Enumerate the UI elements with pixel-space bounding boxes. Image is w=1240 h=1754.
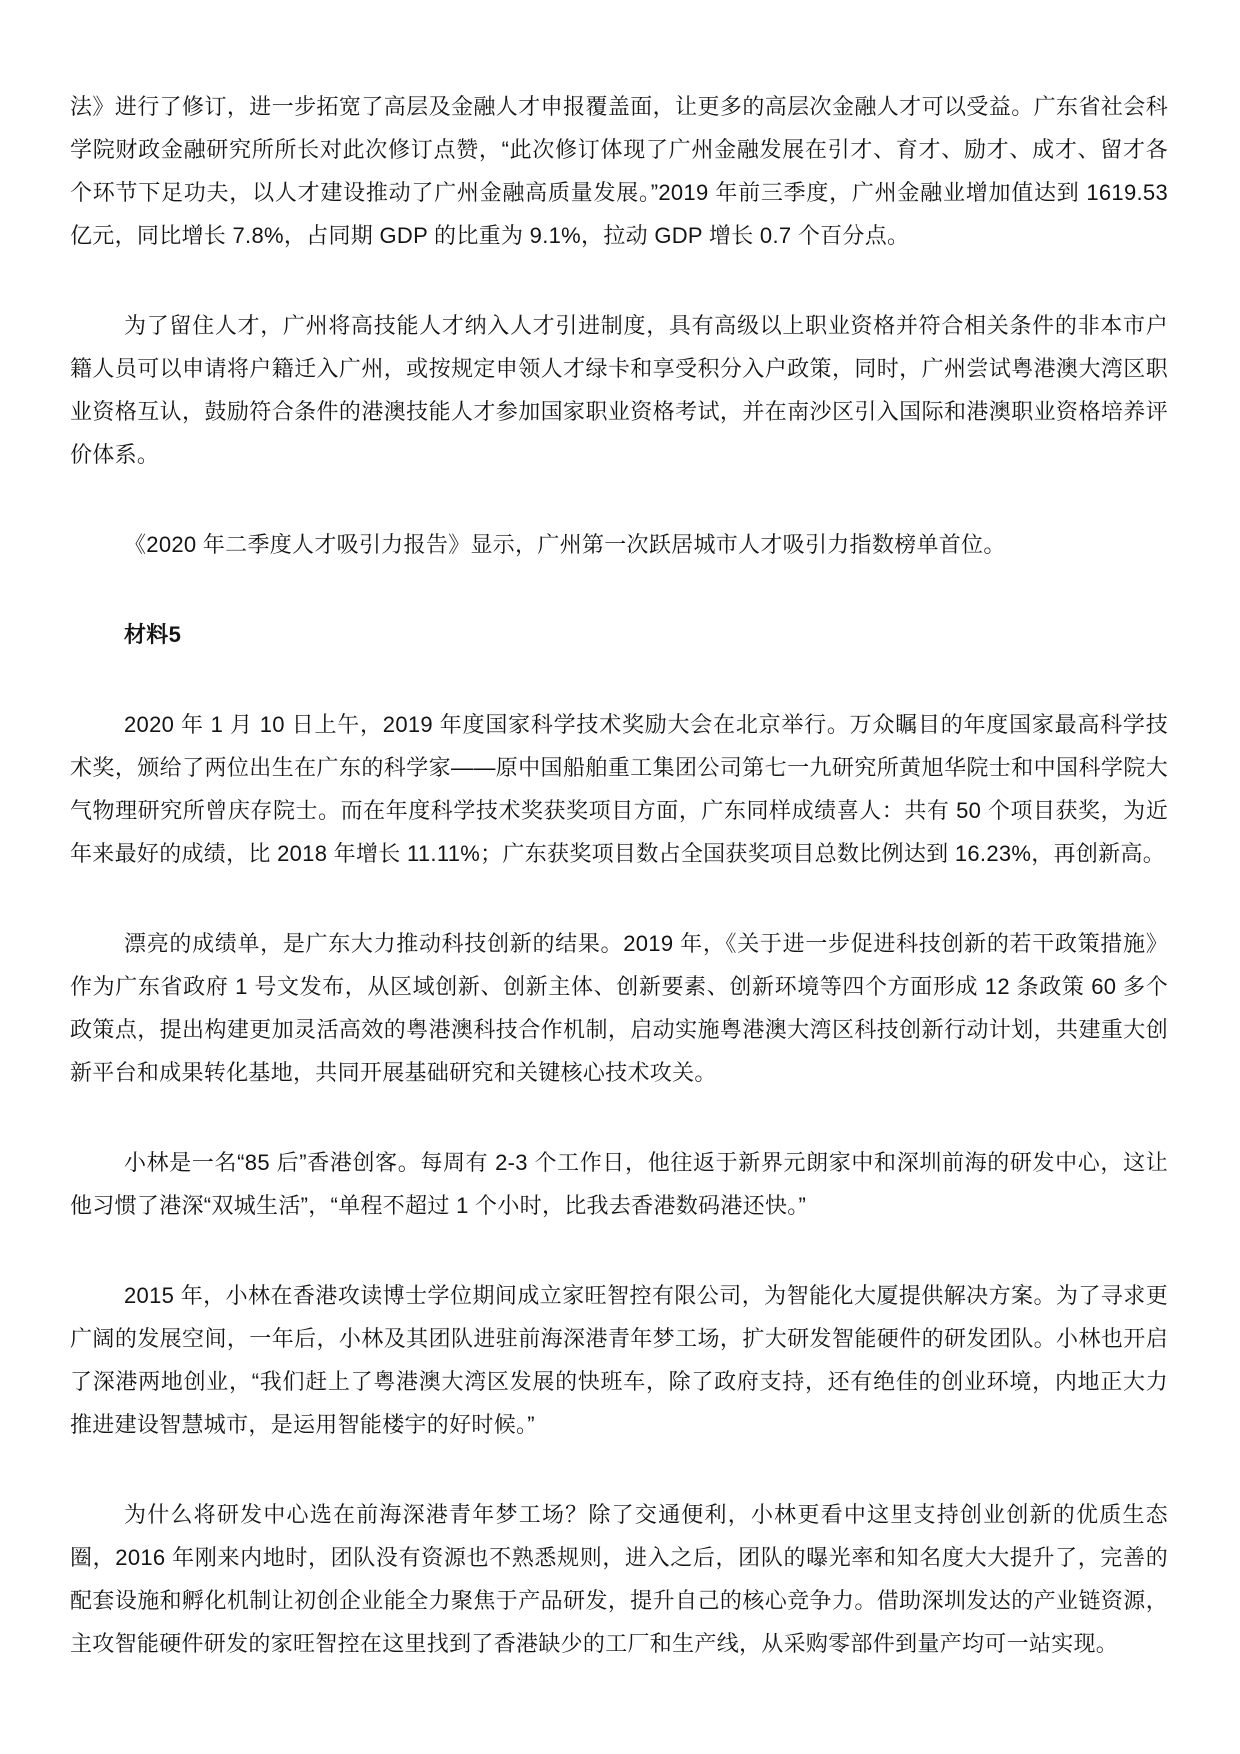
paragraph-innovation-policy: 漂亮的成绩单，是广东大力推动科技创新的结果。2019 年，《关于进一步促进科技创… [70,922,1168,1094]
paragraph-continuation: 法》进行了修订，进一步拓宽了高层及金融人才申报覆盖面，让更多的高层次金融人才可以… [70,85,1168,257]
material-5-heading: 材料5 [70,613,1168,656]
paragraph-xiaolin-intro: 小林是一名“85 后”香港创客。每周有 2-3 个工作日，他往返于新界元朗家中和… [70,1141,1168,1227]
paragraph-xiaolin-company: 2015 年，小林在香港攻读博士学位期间成立家旺智控有限公司，为智能化大厦提供解… [70,1274,1168,1446]
paragraph-talent-retention: 为了留住人才，广州将高技能人才纳入人才引进制度，具有高级以上职业资格并符合相关条… [70,304,1168,476]
document-page: 法》进行了修订，进一步拓宽了高层及金融人才申报覆盖面，让更多的高层次金融人才可以… [0,0,1240,1754]
paragraph-dream-workshop: 为什么将研发中心选在前海深港青年梦工场？除了交通便利，小林更看中这里支持创业创新… [70,1493,1168,1665]
paragraph-talent-report: 《2020 年二季度人才吸引力报告》显示，广州第一次跃居城市人才吸引力指数榜单首… [70,523,1168,566]
paragraph-science-awards: 2020 年 1 月 10 日上午，2019 年度国家科学技术奖励大会在北京举行… [70,703,1168,875]
